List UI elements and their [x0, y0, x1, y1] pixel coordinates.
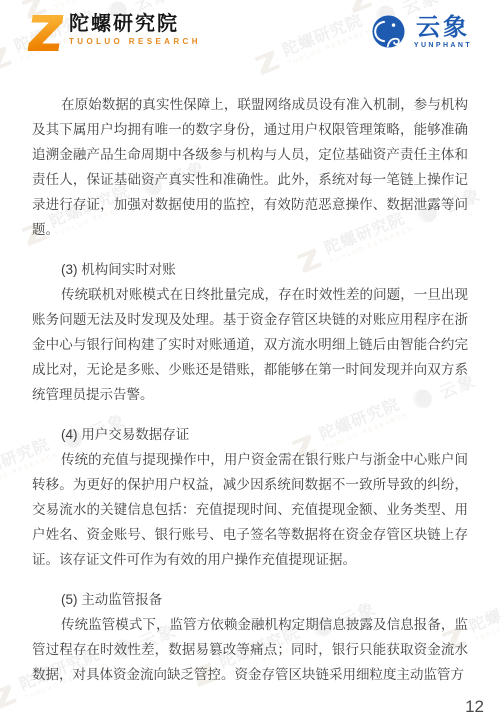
document-content: 在原始数据的真实性保障上，联盟网络成员设有准入机制，参与机构及其下属用户均拥有唯… — [0, 80, 500, 687]
yunphant-subtitle: YUNPHANT — [414, 42, 472, 49]
document-page: 陀螺研究院TUOLUO RESEARCH云象陀螺研究院TUOLUO RESEAR… — [0, 0, 500, 722]
tuoluo-logo-text: 陀螺研究院 TUOLUO RESEARCH — [69, 13, 201, 46]
yunphant-title: 云象 — [416, 15, 470, 40]
paragraph-reconciliation: 传统联机对账模式在日终批量完成，存在时效性差的问题，一旦出现账务问题无法及时发现… — [32, 282, 468, 407]
yunphant-logo-text: 云象 YUNPHANT — [414, 15, 472, 49]
paragraph-data-authenticity: 在原始数据的真实性保障上，联盟网络成员设有准入机制，参与机构及其下属用户均拥有唯… — [32, 92, 468, 242]
page-header: 陀螺研究院 TUOLUO RESEARCH 云象 YUNPHANT — [0, 0, 500, 80]
section-heading-3: (3) 机构间实时对账 — [32, 257, 468, 282]
yunphant-logo: 云象 YUNPHANT — [372, 15, 472, 49]
tuoluo-logo: 陀螺研究院 TUOLUO RESEARCH — [30, 13, 201, 51]
section-heading-4: (4) 用户交易数据存证 — [32, 422, 468, 447]
section-heading-5: (5) 主动监管报备 — [32, 587, 468, 612]
tuoluo-z-watermark-icon — [0, 684, 17, 709]
tuoluo-title: 陀螺研究院 — [69, 13, 201, 36]
tuoluo-subtitle: TUOLUO RESEARCH — [69, 37, 201, 46]
tuoluo-z-icon — [27, 15, 63, 51]
paragraph-tx-evidence: 传统的充值与提现操作中，用户资金需在银行账户与浙金中心账户间转移。为更好的保护用… — [32, 447, 468, 572]
yunphant-elephant-icon — [372, 15, 405, 48]
page-number: 12 — [465, 697, 484, 717]
paragraph-regulation: 传统监管模式下，监管方依赖金融机构定期信息披露及信息报备，监管过程存在时效性差，… — [32, 612, 468, 687]
